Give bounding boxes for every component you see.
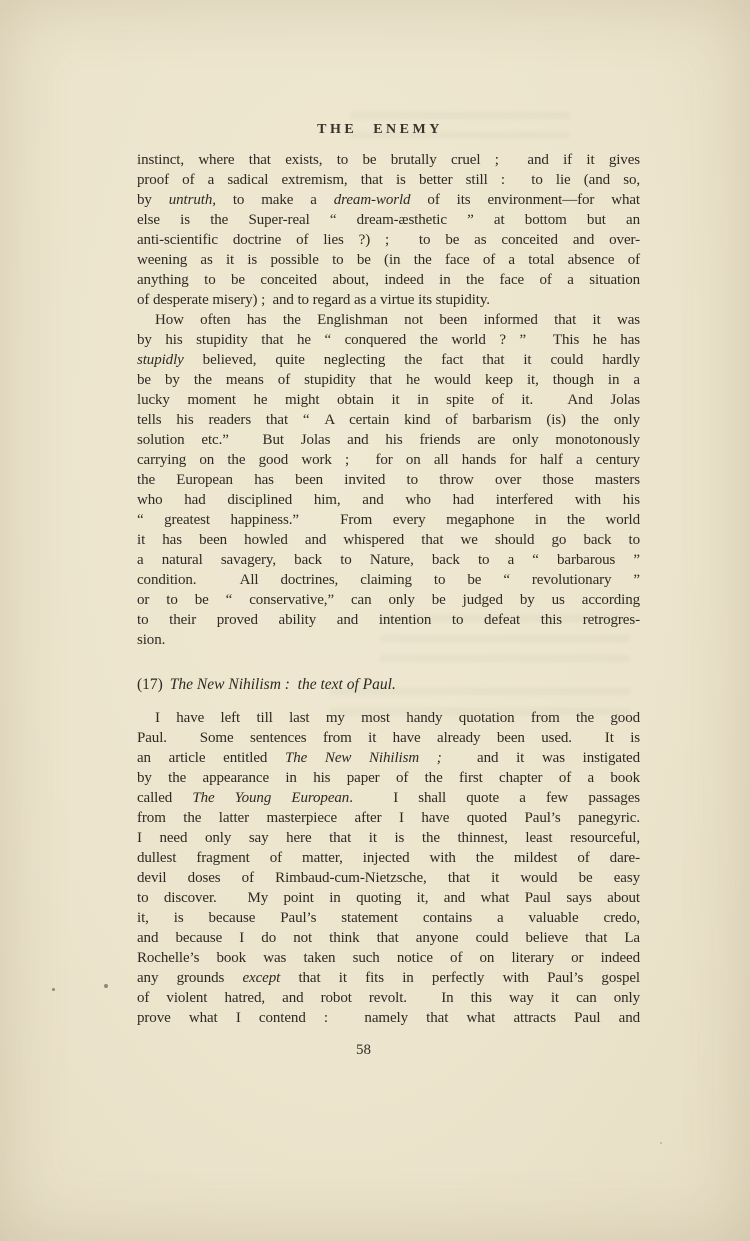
text-line: an article entitled The New Nihilism ; a… bbox=[137, 748, 640, 768]
text-line: it, is because Paul’s statement contains… bbox=[137, 908, 640, 928]
text-line: “ greatest happiness.” From every megaph… bbox=[137, 510, 640, 530]
text-line: prove what I contend : namely that what … bbox=[137, 1008, 640, 1028]
body-paragraphs-top: instinct, where that exists, to be bruta… bbox=[137, 150, 640, 650]
text-line: or to be “ conservative,” can only be ju… bbox=[137, 590, 640, 610]
text-line: Paul. Some sentences from it have alread… bbox=[137, 728, 640, 748]
text-line: I need only say here that it is the thin… bbox=[137, 828, 640, 848]
text-line: Rochelle’s book was taken such notice of… bbox=[137, 948, 640, 968]
book-page: THE ENEMY instinct, where that exists, t… bbox=[0, 0, 750, 1241]
text-line: by untruth, to make a dream-world of its… bbox=[137, 190, 640, 210]
text-line: solution etc.” But Jolas and his friends… bbox=[137, 430, 640, 450]
section-number: (17) bbox=[137, 676, 163, 693]
text-line: who had disciplined him, and who had int… bbox=[137, 490, 640, 510]
text-line: instinct, where that exists, to be bruta… bbox=[137, 150, 640, 170]
text-line: tells his readers that “ A certain kind … bbox=[137, 410, 640, 430]
section-heading: (17)The New Nihilism : the text of Paul. bbox=[137, 675, 640, 695]
text-line: to their proved ability and intention to… bbox=[137, 610, 640, 630]
text-line: proof of a sadical extremism, that is be… bbox=[137, 170, 640, 190]
text-line: to discover. My point in quoting it, and… bbox=[137, 888, 640, 908]
text-line: I have left till last my most handy quot… bbox=[137, 708, 640, 728]
text-line: a natural savagery, back to Nature, back… bbox=[137, 550, 640, 570]
text-column: instinct, where that exists, to be bruta… bbox=[137, 150, 640, 1059]
running-title: THE ENEMY bbox=[5, 122, 750, 138]
text-line: of violent hatred, and robot revolt. In … bbox=[137, 988, 640, 1008]
text-line: dullest fragment of matter, injected wit… bbox=[137, 848, 640, 868]
text-line: it has been howled and whispered that we… bbox=[137, 530, 640, 550]
text-line: anti-scientific doctrine of lies ?) ; to… bbox=[137, 230, 640, 250]
paper-speck bbox=[104, 984, 108, 988]
text-line: else is the Super-real “ dream-æsthetic … bbox=[137, 210, 640, 230]
text-line: weening as it is possible to be (in the … bbox=[137, 250, 640, 270]
page-number: 58 bbox=[112, 1042, 615, 1059]
text-line: be by the means of stupidity that he wou… bbox=[137, 370, 640, 390]
paragraph: instinct, where that exists, to be bruta… bbox=[137, 150, 640, 310]
text-line: How often has the Englishman not been in… bbox=[137, 310, 640, 330]
text-line: called The Young European. I shall quote… bbox=[137, 788, 640, 808]
text-line: carrying on the good work ; for on all h… bbox=[137, 450, 640, 470]
text-line: the European has been invited to throw o… bbox=[137, 470, 640, 490]
text-line: devil doses of Rimbaud-cum-Nietzsche, th… bbox=[137, 868, 640, 888]
paragraph: I have left till last my most handy quot… bbox=[137, 708, 640, 1028]
text-line: of desperate misery) ; and to regard as … bbox=[137, 290, 640, 310]
text-line: sion. bbox=[137, 630, 640, 650]
section-title: The New Nihilism : the text of Paul. bbox=[170, 676, 396, 693]
text-line: and because I do not think that anyone c… bbox=[137, 928, 640, 948]
paper-speck bbox=[52, 988, 55, 991]
body-paragraphs-bottom: I have left till last my most handy quot… bbox=[137, 708, 640, 1028]
text-line: stupidly believed, quite neglecting the … bbox=[137, 350, 640, 370]
text-line: condition. All doctrines, claiming to be… bbox=[137, 570, 640, 590]
text-line: by his stupidity that he “ conquered the… bbox=[137, 330, 640, 350]
text-line: anything to be conceited about, indeed i… bbox=[137, 270, 640, 290]
text-line: from the latter masterpiece after I have… bbox=[137, 808, 640, 828]
text-line: by the appearance in his paper of the fi… bbox=[137, 768, 640, 788]
paper-speck bbox=[660, 1142, 662, 1144]
text-line: any grounds except that it fits in perfe… bbox=[137, 968, 640, 988]
paragraph: How often has the Englishman not been in… bbox=[137, 310, 640, 650]
text-line: lucky moment he might obtain it in spite… bbox=[137, 390, 640, 410]
